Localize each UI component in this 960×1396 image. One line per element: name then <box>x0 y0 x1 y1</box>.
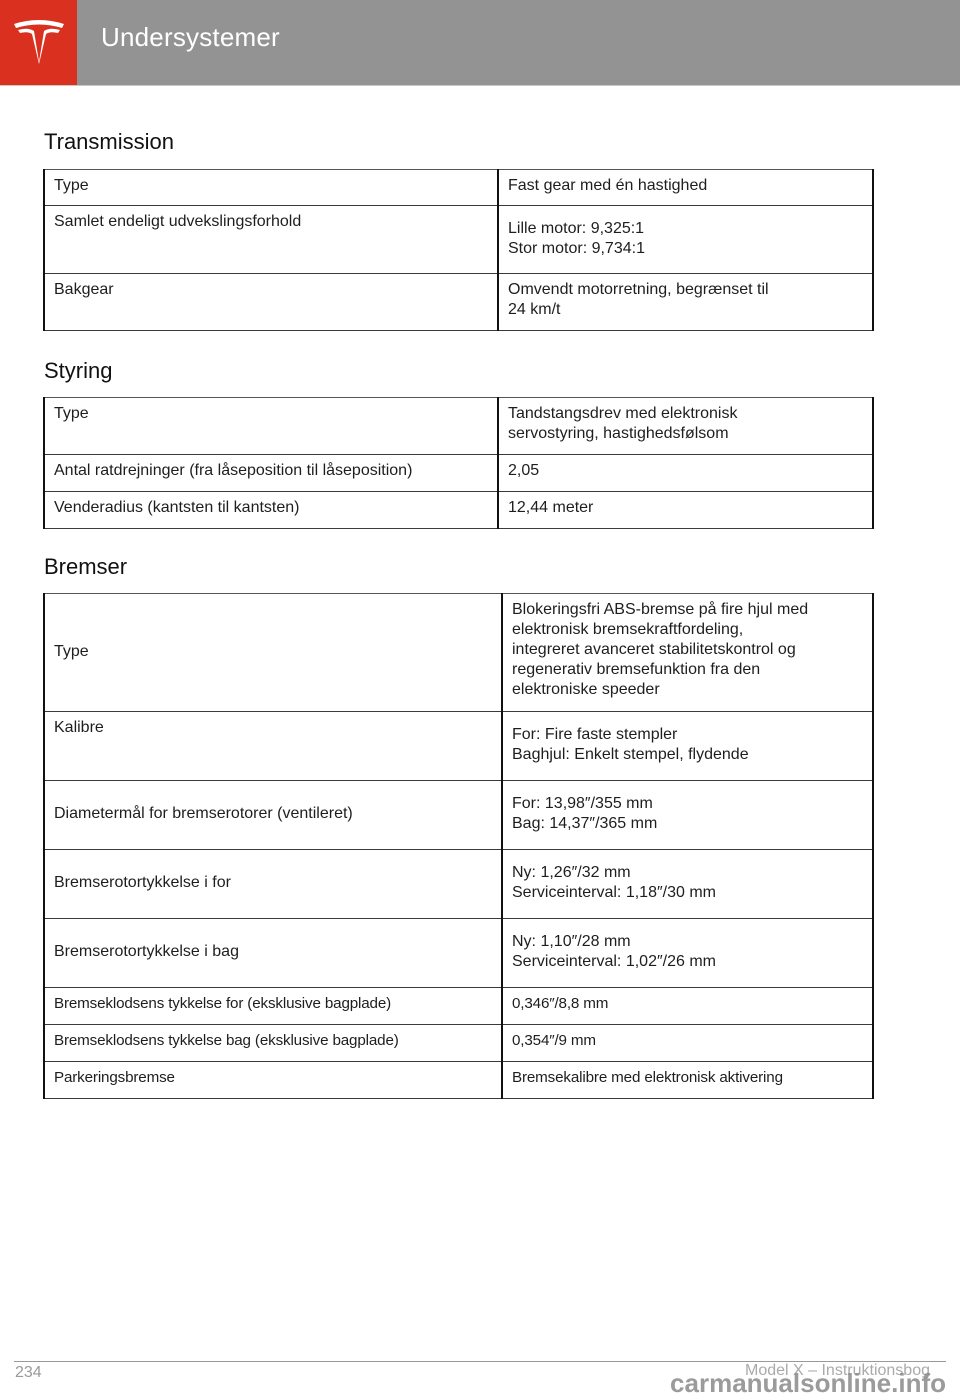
brakes-table: Type Blokeringsfri ABS-bremse på fire hj… <box>43 593 874 1099</box>
spec-value: Blokeringsfri ABS-bremse på fire hjul me… <box>502 594 873 712</box>
spec-value: Bremsekalibre med elektronisk aktivering <box>502 1062 873 1099</box>
table-row: Bremserotortykkelse i for Ny: 1,26″/32 m… <box>44 850 873 919</box>
table-row: Type Blokeringsfri ABS-bremse på fire hj… <box>44 594 873 712</box>
spec-label: Bremserotortykkelse i bag <box>44 919 502 988</box>
spec-value: Omvendt motorretning, begrænset til24 km… <box>498 274 873 331</box>
spec-value: Ny: 1,26″/32 mmServiceinterval: 1,18″/30… <box>502 850 873 919</box>
table-row: Bakgear Omvendt motorretning, begrænset … <box>44 274 873 331</box>
spec-value: Tandstangsdrev med elektroniskservostyri… <box>498 398 873 455</box>
spec-value: Fast gear med én hastighed <box>498 170 873 206</box>
table-row: Samlet endeligt udvekslingsforhold Lille… <box>44 206 873 274</box>
table-row: Bremseklodsens tykkelse for (eksklusive … <box>44 988 873 1025</box>
spec-label: Parkeringsbremse <box>44 1062 502 1099</box>
table-row: Parkeringsbremse Bremsekalibre med elekt… <box>44 1062 873 1099</box>
spec-value: 2,05 <box>498 455 873 492</box>
watermark: carmanualsonline.info <box>670 1368 946 1396</box>
spec-label: Bremseklodsens tykkelse bag (eksklusive … <box>44 1025 502 1062</box>
spec-label: Venderadius (kantsten til kantsten) <box>44 492 498 529</box>
brand-logo <box>0 0 77 85</box>
spec-label: Kalibre <box>44 712 502 781</box>
page-number: 234 <box>15 1364 42 1382</box>
spec-value: For: Fire faste stemplerBaghjul: Enkelt … <box>502 712 873 781</box>
table-row: Antal ratdrejninger (fra låseposition ti… <box>44 455 873 492</box>
table-row: Venderadius (kantsten til kantsten) 12,4… <box>44 492 873 529</box>
spec-label: Samlet endeligt udvekslingsforhold <box>44 206 498 274</box>
spec-label: Type <box>44 594 502 712</box>
spec-label: Type <box>44 170 498 206</box>
transmission-table: Type Fast gear med én hastighed Samlet e… <box>43 169 874 331</box>
spec-value: 0,354″/9 mm <box>502 1025 873 1062</box>
table-row: Diametermål for bremserotorer (ventilere… <box>44 781 873 850</box>
spec-label: Bremserotortykkelse i for <box>44 850 502 919</box>
tesla-logo-icon <box>12 18 66 66</box>
steering-table: Type Tandstangsdrev med elektroniskservo… <box>43 397 874 529</box>
page-header: Undersystemer <box>0 0 960 86</box>
table-row: Type Tandstangsdrev med elektroniskservo… <box>44 398 873 455</box>
spec-label: Bremseklodsens tykkelse for (eksklusive … <box>44 988 502 1025</box>
section-title-brakes: Bremser <box>44 554 127 580</box>
table-row: Kalibre For: Fire faste stemplerBaghjul:… <box>44 712 873 781</box>
spec-value: 0,346″/8,8 mm <box>502 988 873 1025</box>
spec-label: Type <box>44 398 498 455</box>
spec-value: For: 13,98″/355 mmBag: 14,37″/365 mm <box>502 781 873 850</box>
spec-value: Lille motor: 9,325:1Stor motor: 9,734:1 <box>498 206 873 274</box>
table-row: Bremserotortykkelse i bag Ny: 1,10″/28 m… <box>44 919 873 988</box>
spec-label: Bakgear <box>44 274 498 331</box>
spec-value: 12,44 meter <box>498 492 873 529</box>
page-title: Undersystemer <box>101 22 280 53</box>
section-title-steering: Styring <box>44 358 112 384</box>
table-row: Type Fast gear med én hastighed <box>44 170 873 206</box>
section-title-transmission: Transmission <box>44 129 174 155</box>
spec-value: Ny: 1,10″/28 mmServiceinterval: 1,02″/26… <box>502 919 873 988</box>
table-row: Bremseklodsens tykkelse bag (eksklusive … <box>44 1025 873 1062</box>
spec-label: Diametermål for bremserotorer (ventilere… <box>44 781 502 850</box>
spec-label: Antal ratdrejninger (fra låseposition ti… <box>44 455 498 492</box>
